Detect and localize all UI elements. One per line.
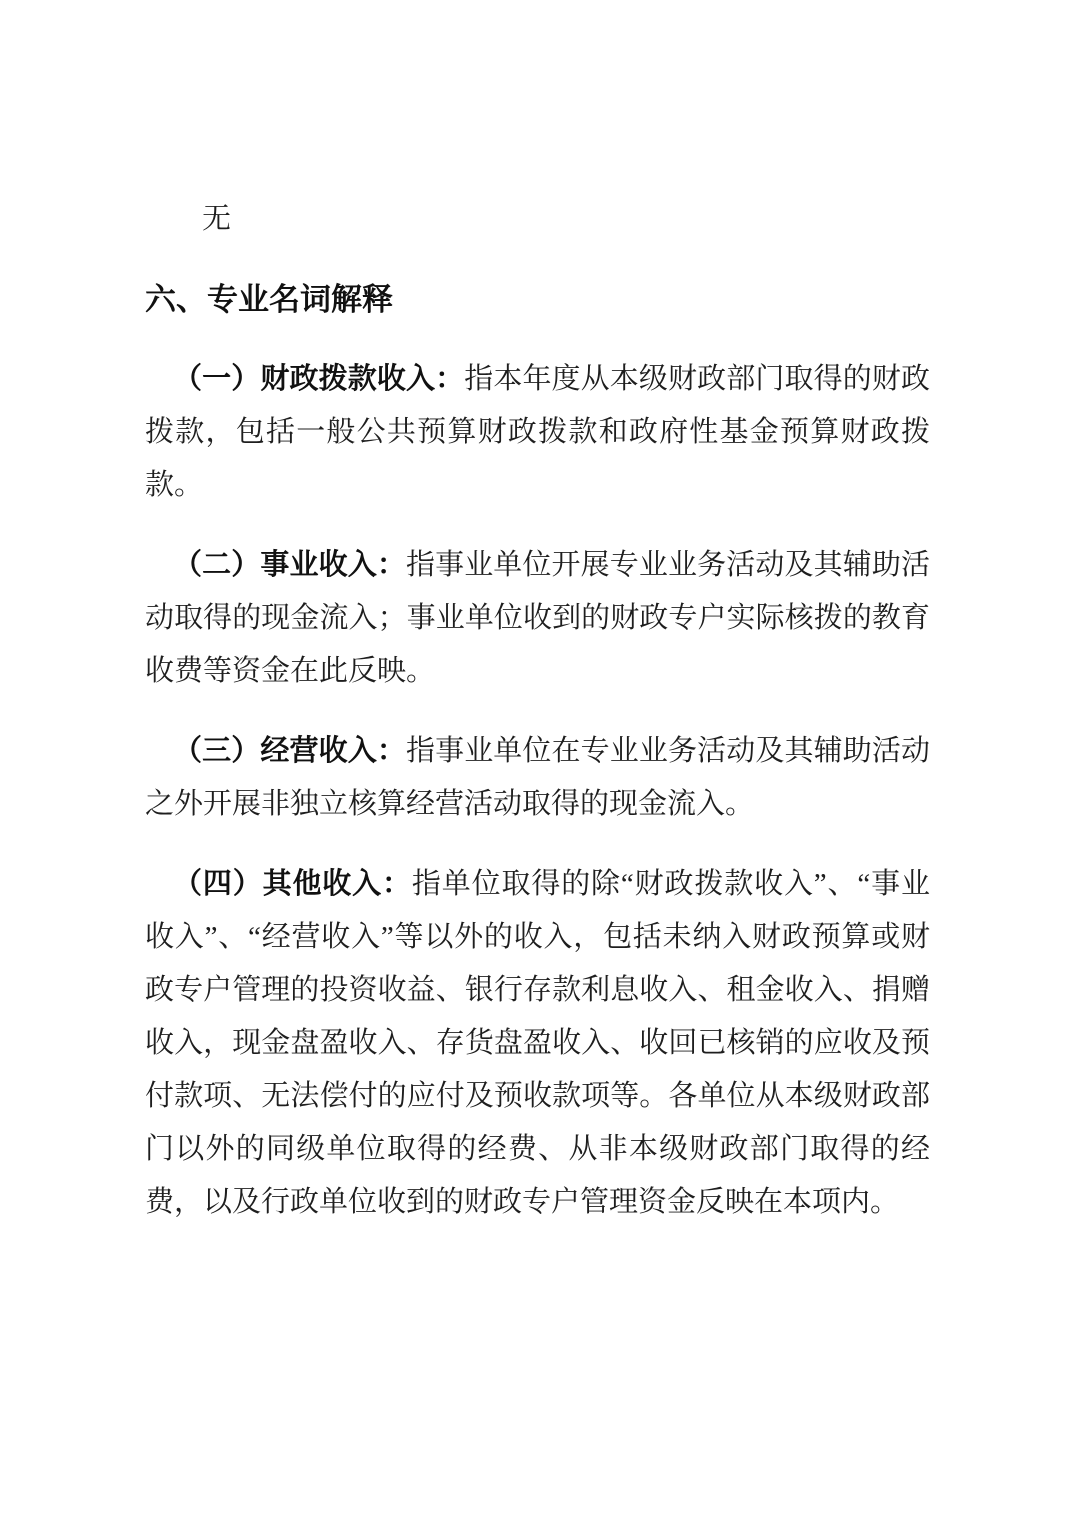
document-content: 无 六、专业名词解释 （一）财政拨款收入：指本年度从本级财政部门取得的财政拨款，… (0, 0, 1075, 1229)
term-label: （二）事业收入： (173, 549, 406, 581)
term-label: （一）财政拨款收入： (173, 363, 464, 395)
preface-text: 无 (145, 193, 930, 246)
document-page: 无 六、专业名词解释 （一）财政拨款收入：指本年度从本级财政部门取得的财政拨款，… (0, 0, 1075, 1521)
term-paragraph-other-income: （四）其他收入：指单位取得的除“财政拨款收入”、“事业收入”、“经营收入”等以外… (145, 858, 930, 1229)
term-definition: 指单位取得的除“财政拨款收入”、“事业收入”、“经营收入”等以外的收入，包括未纳… (145, 868, 930, 1218)
term-paragraph-operating-income-public: （二）事业收入：指事业单位开展专业业务活动及其辅助活动取得的现金流入；事业单位收… (145, 539, 930, 698)
section-heading: 六、专业名词解释 (145, 273, 930, 326)
term-paragraph-business-income: （三）经营收入：指事业单位在专业业务活动及其辅助活动之外开展非独立核算经营活动取… (145, 725, 930, 831)
term-label: （四）其他收入： (173, 868, 412, 900)
term-label: （三）经营收入： (173, 735, 406, 767)
term-paragraph-fiscal-appropriation-income: （一）财政拨款收入：指本年度从本级财政部门取得的财政拨款，包括一般公共预算财政拨… (145, 353, 930, 512)
